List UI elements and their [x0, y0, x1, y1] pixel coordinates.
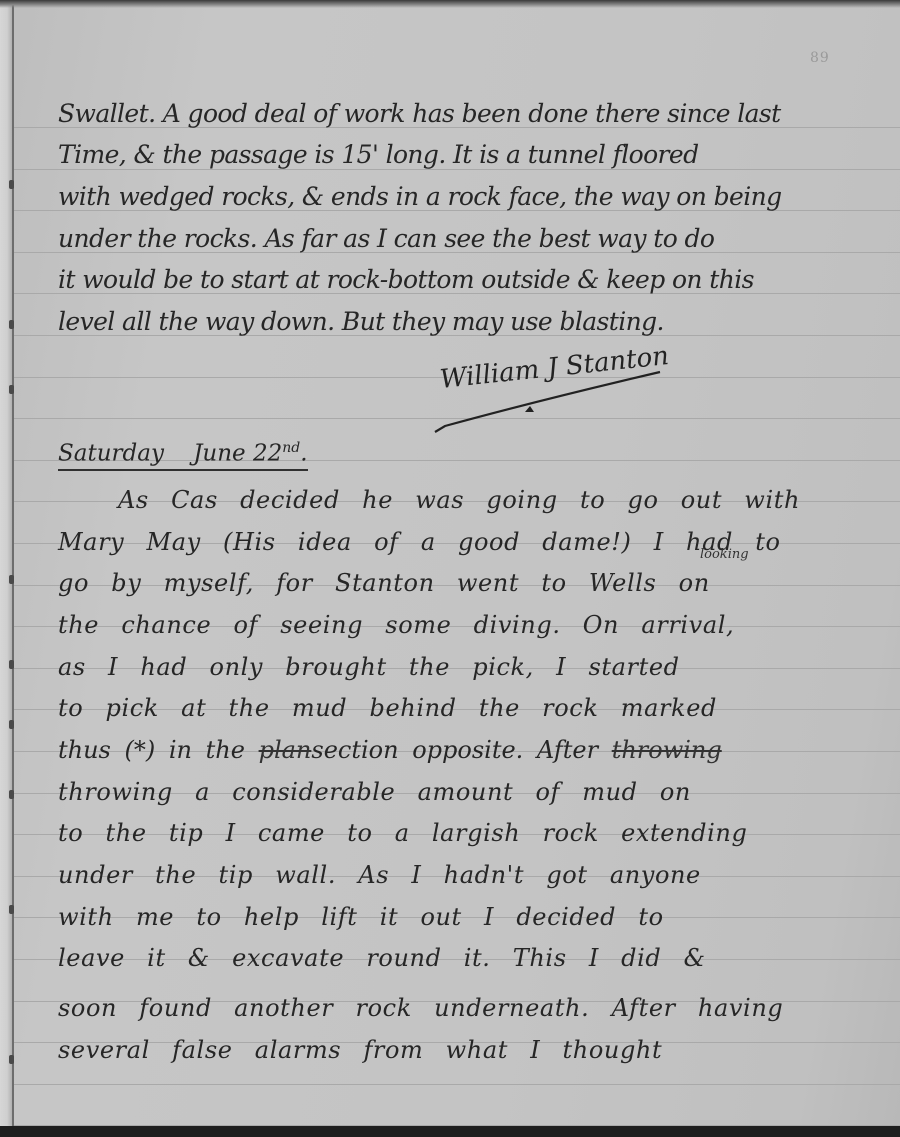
binding-stitch-mark	[9, 575, 14, 584]
struck-word-plan: plan	[259, 736, 312, 764]
ruled-line	[14, 169, 900, 170]
entry-2-line-13: soon found another rock underneath. Afte…	[58, 994, 888, 1022]
binding-stitch-mark	[9, 385, 14, 394]
heading-day: Saturday	[58, 441, 164, 467]
top-shadow	[0, 0, 900, 8]
entry-2-line-14: several false alarms from what I thought	[58, 1036, 888, 1064]
bottom-edge-shadow	[0, 1126, 900, 1137]
entry-2-line-1: As Cas decided he was going to go out wi…	[118, 486, 900, 514]
entry-2-line-2: Mary May (His idea of a good dame!) I ha…	[58, 528, 888, 556]
binding-stitch-mark	[9, 790, 14, 799]
entry-1-line-4: under the rocks. As far as I can see the…	[58, 225, 888, 253]
binding-stitch-mark	[9, 660, 14, 669]
entry-2-line-7: thus (*) in the plansection opposite. Af…	[58, 736, 888, 764]
entry-2-line-6: to pick at the mud behind the rock marke…	[58, 694, 888, 722]
line-7-part-a: thus (*) in the	[58, 736, 245, 764]
caret-insertion: looking	[700, 547, 749, 562]
entry-1-line-6: level all the way down. But they may use…	[58, 308, 888, 336]
heading-date-suffix: nd	[282, 440, 300, 456]
entry-1-line-3: with wedged rocks, & ends in a rock face…	[58, 183, 888, 211]
binding-stitch-mark	[9, 320, 14, 329]
page-number: 89	[810, 50, 830, 66]
entry-2-line-3: go by myself, for Stanton went to Wells …	[58, 569, 888, 597]
notebook-page: 89 Swallet. A good deal of work has been…	[0, 0, 900, 1137]
entry-2-line-4: the chance of seeing some diving. On arr…	[58, 611, 888, 639]
entry-2-line-12: leave it & excavate round it. This I did…	[58, 944, 888, 972]
entry-1-line-1: Swallet. A good deal of work has been do…	[58, 100, 888, 128]
entry-date-heading: Saturday June 22nd.	[58, 440, 308, 471]
binding-stitch-mark	[9, 1055, 14, 1064]
entry-2-line-8: throwing a considerable amount of mud on	[58, 778, 888, 806]
entry-2-line-9: to the tip I came to a largish rock exte…	[58, 819, 888, 847]
heading-date: June 22	[193, 441, 282, 467]
entry-2-line-11: with me to help lift it out I decided to	[58, 903, 888, 931]
struck-word-throwing: throwing	[612, 736, 722, 764]
entry-2-line-10: under the tip wall. As I hadn't got anyo…	[58, 861, 888, 889]
ruled-line	[14, 1084, 900, 1085]
binding-stitch-mark	[9, 905, 14, 914]
page-edge	[0, 0, 12, 1137]
entry-1-line-5: it would be to start at rock-bottom outs…	[58, 266, 888, 294]
binding-stitch-mark	[9, 720, 14, 729]
line-7-part-b: section opposite. After	[311, 736, 598, 764]
entry-1-line-2: Time, & the passage is 15' long. It is a…	[58, 141, 888, 169]
entry-2-line-5: as I had only brought the pick, I starte…	[58, 653, 888, 681]
binding-margin-line	[12, 0, 14, 1137]
binding-stitch-mark	[9, 180, 14, 189]
